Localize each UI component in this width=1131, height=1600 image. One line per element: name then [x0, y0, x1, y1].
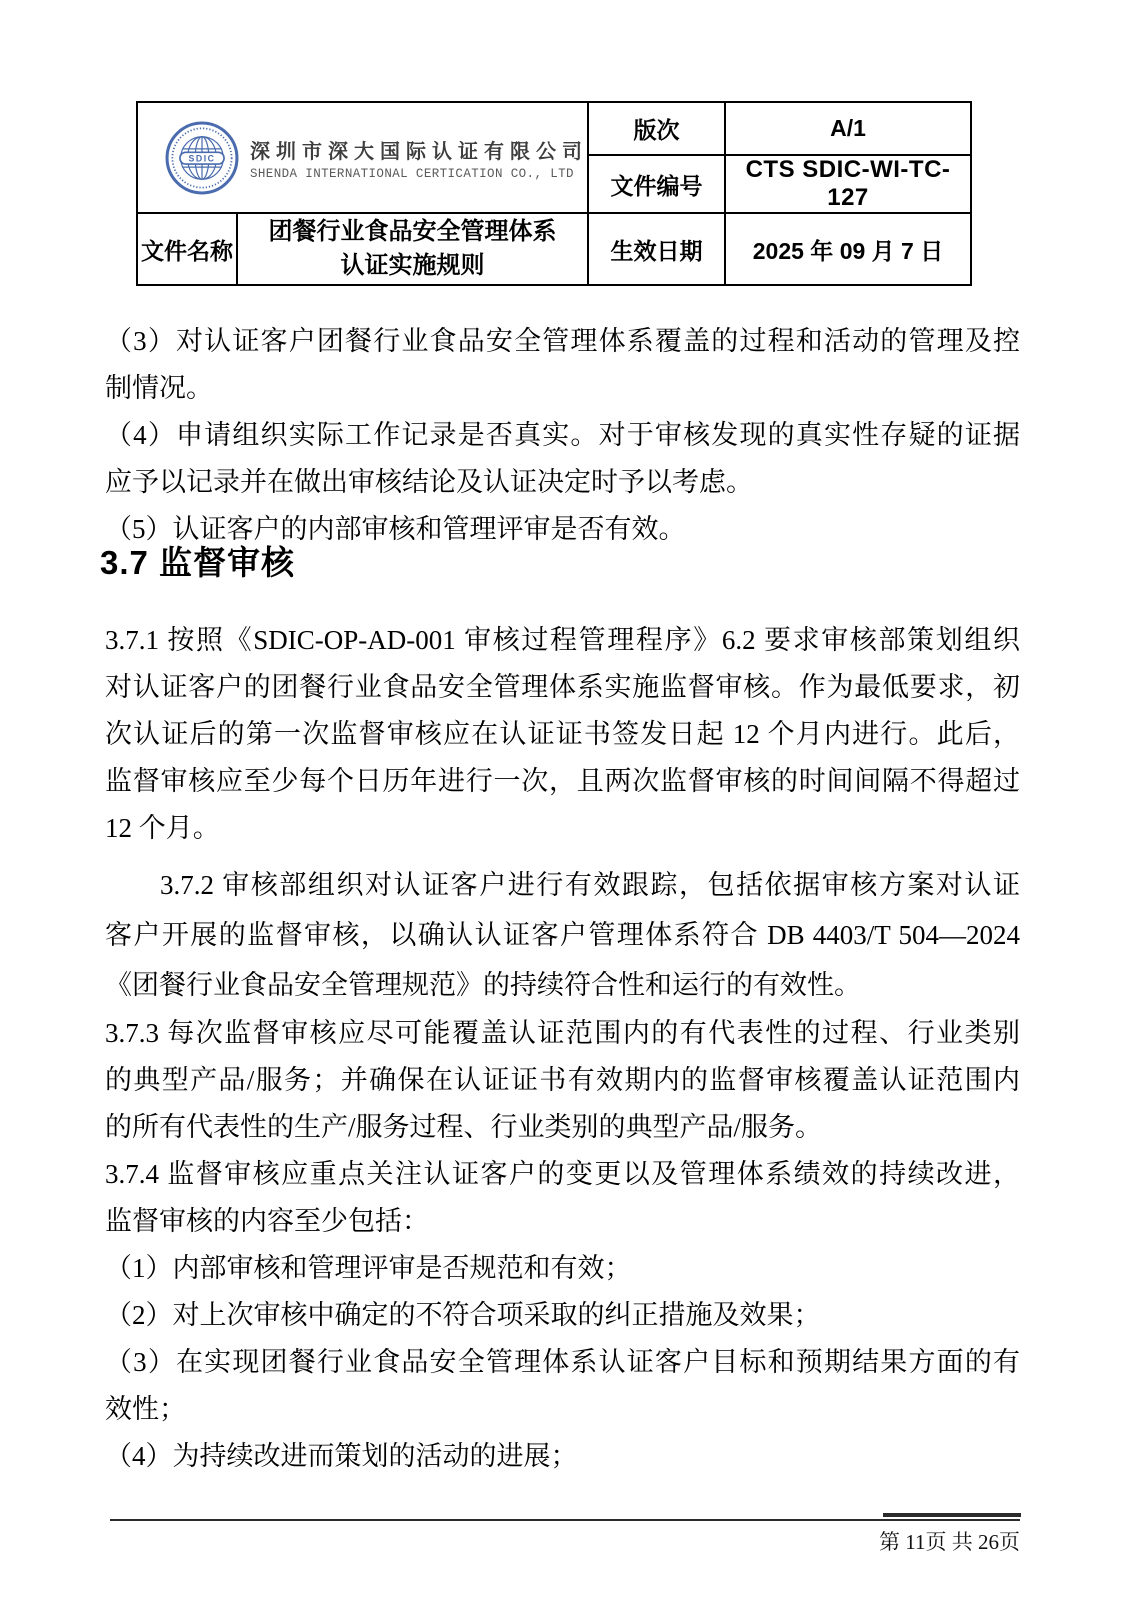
paragraph-374: 3.7.4 监督审核应重点关注认证客户的变更以及管理体系绩效的持续改进， 监督审… [105, 1151, 1020, 1245]
text-line: （1）内部审核和管理评审是否规范和有效； [105, 1245, 1020, 1292]
document-body: （3）对认证客户团餐行业食品安全管理体系覆盖的过程和活动的管理及控 制情况。 （… [105, 318, 1020, 1480]
company-header-cell: SDIC 深圳市深大国际认证有限公司 SHENDA INTERNATIONAL … [137, 102, 588, 213]
document-page: SDIC 深圳市深大国际认证有限公司 SHENDA INTERNATIONAL … [0, 0, 1131, 1600]
text-line: 客户开展的监督审核，以确认认证客户管理体系符合 DB 4403/T 504—20… [105, 910, 1020, 960]
text-line: （3）在实现团餐行业食品安全管理体系认证客户目标和预期结果方面的有 [105, 1339, 1020, 1386]
text-line: 监督审核的内容至少包括： [105, 1198, 1020, 1245]
text-line: 3.7.4 监督审核应重点关注认证客户的变更以及管理体系绩效的持续改进， [105, 1151, 1020, 1198]
paragraph-item-4: （4）申请组织实际工作记录是否真实。对于审核发现的真实性存疑的证据 应予以记录并… [105, 412, 1020, 506]
text-line: （4）申请组织实际工作记录是否真实。对于审核发现的真实性存疑的证据 [105, 412, 1020, 459]
paragraph-373: 3.7.3 每次监督审核应尽可能覆盖认证范围内的有代表性的过程、行业类别 的典型… [105, 1010, 1020, 1151]
header-table: SDIC 深圳市深大国际认证有限公司 SHENDA INTERNATIONAL … [136, 101, 972, 286]
text-line: 应予以记录并在做出审核结论及认证决定时予以考虑。 [105, 459, 1020, 506]
version-value: A/1 [725, 102, 971, 155]
list-item-1: （1）内部审核和管理评审是否规范和有效； [105, 1245, 1020, 1292]
doc-number-value: CTS SDIC-WI-TC-127 [725, 155, 971, 213]
text-line: 3.7.1 按照《SDIC-OP-AD-001 审核过程管理程序》6.2 要求审… [105, 617, 1020, 664]
paragraph-372: 3.7.2 审核部组织对认证客户进行有效跟踪，包括依据审核方案对认证 客户开展的… [105, 860, 1020, 1010]
doc-name-value: 团餐行业食品安全管理体系认证实施规则 [237, 213, 588, 285]
list-item-4: （4）为持续改进而策划的活动的进展； [105, 1433, 1020, 1480]
company-seal-logo-icon: SDIC [164, 120, 240, 196]
text-line: 的所有代表性的生产/服务过程、行业类别的典型产品/服务。 [105, 1104, 1020, 1151]
text-line: 次认证后的第一次监督审核应在认证证书签发日起 12 个月内进行。此后， [105, 711, 1020, 758]
text-line: （3）对认证客户团餐行业食品安全管理体系覆盖的过程和活动的管理及控 [105, 318, 1020, 365]
doc-number-label: 文件编号 [588, 155, 725, 213]
text-line: 3.7.2 审核部组织对认证客户进行有效跟踪，包括依据审核方案对认证 [105, 860, 1020, 910]
text-line: 3.7.3 每次监督审核应尽可能覆盖认证范围内的有代表性的过程、行业类别 [105, 1010, 1020, 1057]
text-line: 效性； [105, 1386, 1020, 1433]
page-footer: 第 11页 共 26页 [110, 1519, 1020, 1556]
company-name-en: SHENDA INTERNATIONAL CERTICATION CO., LT… [250, 167, 588, 181]
text-line: 监督审核应至少每个日历年进行一次，且两次监督审核的时间间隔不得超过 [105, 758, 1020, 805]
paragraph-371: 3.7.1 按照《SDIC-OP-AD-001 审核过程管理程序》6.2 要求审… [105, 617, 1020, 852]
footer-rule [110, 1519, 1020, 1521]
list-item-2: （2）对上次审核中确定的不符合项采取的纠正措施及效果； [105, 1292, 1020, 1339]
company-name-cn: 深圳市深大国际认证有限公司 [250, 135, 588, 164]
effective-date-label: 生效日期 [588, 213, 725, 285]
text-line: 《团餐行业食品安全管理规范》的持续符合性和运行的有效性。 [105, 960, 1020, 1010]
footer-rule-right-segment [883, 1513, 1021, 1517]
text-line: 制情况。 [105, 365, 1020, 412]
logo-text: SDIC [189, 153, 216, 163]
effective-date-value: 2025 年 09 月 7 日 [725, 213, 971, 285]
text-line: （4）为持续改进而策划的活动的进展； [105, 1433, 1020, 1480]
text-line: （2）对上次审核中确定的不符合项采取的纠正措施及效果； [105, 1292, 1020, 1339]
version-label: 版次 [588, 102, 725, 155]
list-item-3: （3）在实现团餐行业食品安全管理体系认证客户目标和预期结果方面的有 效性； [105, 1339, 1020, 1433]
page-number: 第 11页 共 26页 [110, 1526, 1020, 1556]
text-line: 的典型产品/服务；并确保在认证证书有效期内的监督审核覆盖认证范围内 [105, 1057, 1020, 1104]
doc-name-label: 文件名称 [137, 213, 237, 285]
text-line: 12 个月。 [105, 805, 1020, 852]
text-line: 对认证客户的团餐行业食品安全管理体系实施监督审核。作为最低要求，初 [105, 664, 1020, 711]
paragraph-item-3: （3）对认证客户团餐行业食品安全管理体系覆盖的过程和活动的管理及控 制情况。 [105, 318, 1020, 412]
